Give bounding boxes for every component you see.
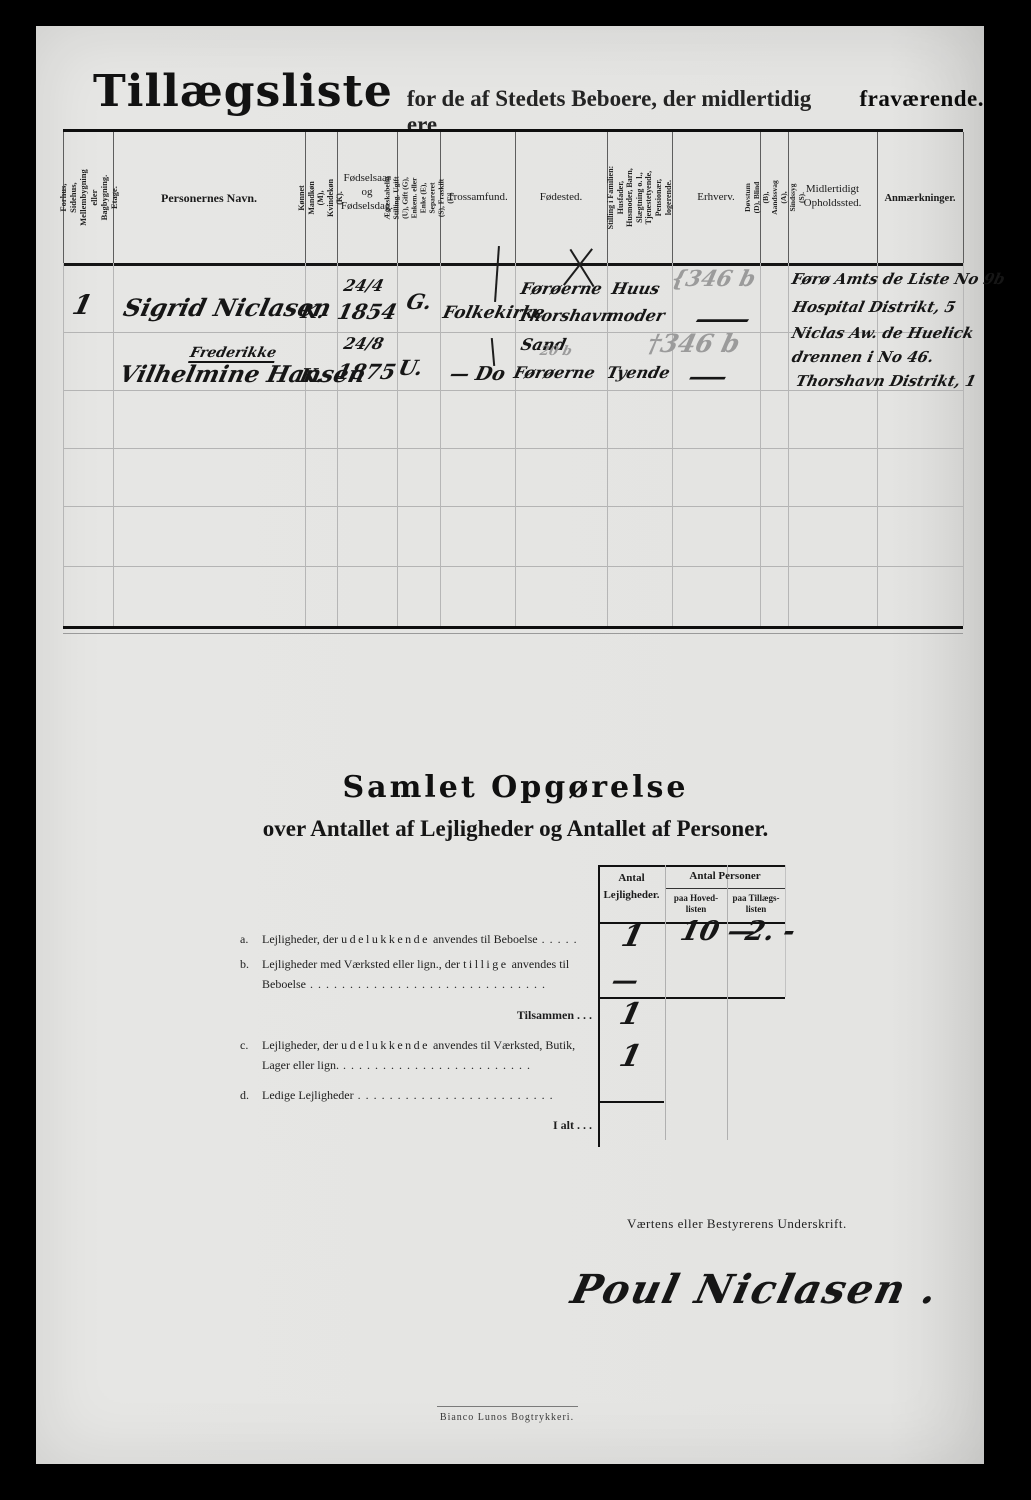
- header-remarks: Anmærkninger.: [877, 192, 963, 205]
- scanned-document: { "title": { "main": "Tillægsliste", "mi…: [0, 0, 1031, 1500]
- pencil-annotation-1: {346 b: [669, 268, 757, 290]
- summary-row-d-label: d.: [240, 1088, 249, 1102]
- summary-row-b-text: Lejligheder med Værksted eller lign., de…: [262, 957, 596, 971]
- summary-row-c-text: Lejligheder, der udelukkende anvendes ti…: [262, 1038, 596, 1052]
- entry-family-1a: Huus: [610, 281, 661, 297]
- entry-occupation-2: —: [685, 366, 730, 388]
- table-bottom-echo: [63, 633, 963, 634]
- summary-row-a-label: a.: [240, 932, 248, 946]
- entry-sex-2: K.: [298, 367, 326, 386]
- summary-short-rule: [598, 1101, 664, 1103]
- entry-note-line: Niclas Aw. de Huelick: [790, 326, 975, 341]
- title-subtitle-bold: fraværende.: [859, 86, 984, 112]
- header-marital: Ægteskabelig Stilling. Ugift (U), Gift (…: [397, 133, 440, 262]
- pencil-annotation-2: †346 b: [645, 331, 742, 356]
- signature-caption: Værtens eller Bestyrerens Underskrift.: [627, 1216, 847, 1232]
- entry-note-line: Hospital Distrikt, 5: [791, 300, 957, 315]
- header-family: Stilling i Familien: Husfader, Husmoder,…: [607, 133, 672, 262]
- entry-marital-2: U.: [397, 357, 426, 378]
- entry-religion-2: — Do: [448, 365, 507, 384]
- entry-marital-1: G.: [405, 291, 434, 312]
- summary-ialt-label: I alt . . .: [392, 1118, 592, 1132]
- entry-note-line: Førø Amts de Liste No 9b: [790, 272, 1006, 287]
- header-residence: Midlertidigt Opholdssted.: [788, 183, 877, 211]
- table-top-rule: [63, 129, 963, 132]
- imprint-rule: [437, 1406, 578, 1407]
- summary-title: Samlet Opgørelse: [0, 770, 1031, 805]
- summary-row-c-text2: Lager eller lign. . . . . . . . . . . . …: [262, 1058, 594, 1072]
- header-disability: Døvstum (D), Blind (B), Aandssvag (A), S…: [760, 133, 788, 262]
- header-building: Forhus, Sidehus, Mellembygning eller Bag…: [63, 133, 113, 262]
- entry-family-1b: moder: [605, 308, 666, 324]
- grid-line: [63, 390, 963, 391]
- summary-tilsammen-label: Tilsammen . . .: [392, 1008, 592, 1022]
- header-occupation: Erhverv.: [672, 191, 760, 205]
- grid-line: [63, 448, 963, 449]
- header-sex: Kønnet Mandkøn (M), Kvindekøn (K).: [305, 133, 337, 262]
- summary-row-d-text: Ledige Lejligheder . . . . . . . . . . .…: [262, 1088, 594, 1102]
- summary-col-lejligheder: Antal Lejligheder.: [598, 872, 665, 901]
- entry-occupation-1: —: [691, 307, 754, 331]
- entry-family-2: Tyende: [605, 365, 671, 381]
- summary-col-personer: Antal Personer: [665, 870, 785, 882]
- entry-birthday-2: 24/8: [342, 336, 385, 352]
- summary-row-b-label: b.: [240, 957, 249, 971]
- entry-birthplace-2b: Førøerne: [512, 365, 596, 381]
- grid-line: [63, 506, 963, 507]
- summary-col-tillaegslisten: paa Tillægs- listen: [727, 893, 785, 915]
- header-name: Personernes Navn.: [113, 191, 305, 206]
- entry-note-line: Thorshavn Distrikt, 1: [794, 374, 977, 389]
- summary-col-hovedlisten: paa Hoved- listen: [665, 893, 727, 915]
- header-religion: Trossamfund.: [440, 191, 515, 205]
- document-page: Tillægsliste for de af Stedets Beboere, …: [36, 26, 984, 1464]
- entry-sex-1: K.: [299, 303, 327, 322]
- grid-line: [63, 566, 963, 567]
- header-birthyear: Fødselsaar og Fødselsdag.: [337, 172, 397, 213]
- entry-name-2: Vilhelmine Hansen: [117, 363, 367, 386]
- summary-row-c-label: c.: [240, 1038, 248, 1052]
- summary-left-rule: [598, 865, 600, 1147]
- entry-birthyear-2: 1875: [335, 361, 398, 382]
- summary-subheader-rule: [665, 888, 785, 889]
- page-title: Tillægsliste for de af Stedets Beboere, …: [93, 66, 984, 138]
- title-main: Tillægsliste: [93, 66, 393, 117]
- imprint-text: Bianco Lunos Bogtrykkeri.: [417, 1412, 597, 1423]
- table-bottom-rule: [63, 626, 963, 629]
- table-header-rule: [63, 263, 963, 266]
- summary-top-rule: [598, 865, 785, 867]
- entry-birthday-1: 24/4: [342, 278, 385, 294]
- entry-birthplace-1b: Thorshavn: [516, 308, 614, 324]
- summary-value-tillaegslisten: 2. -: [743, 918, 798, 945]
- summary-subtitle: over Antallet af Lejligheder og Antallet…: [0, 816, 1031, 842]
- summary-row-b-text2: Beboelse . . . . . . . . . . . . . . . .…: [262, 977, 594, 991]
- summary-row-a-text: Lejligheder, der udelukkende anvendes ti…: [262, 932, 594, 946]
- entry-note-line: drennen i No 46.: [790, 350, 935, 365]
- signature: Poul Niclasen .: [567, 1270, 942, 1310]
- header-birthplace: Fødested.: [515, 191, 607, 205]
- pencil-annotation-3: 20 b: [538, 345, 573, 358]
- entry-birthyear-1: 1854: [336, 301, 399, 322]
